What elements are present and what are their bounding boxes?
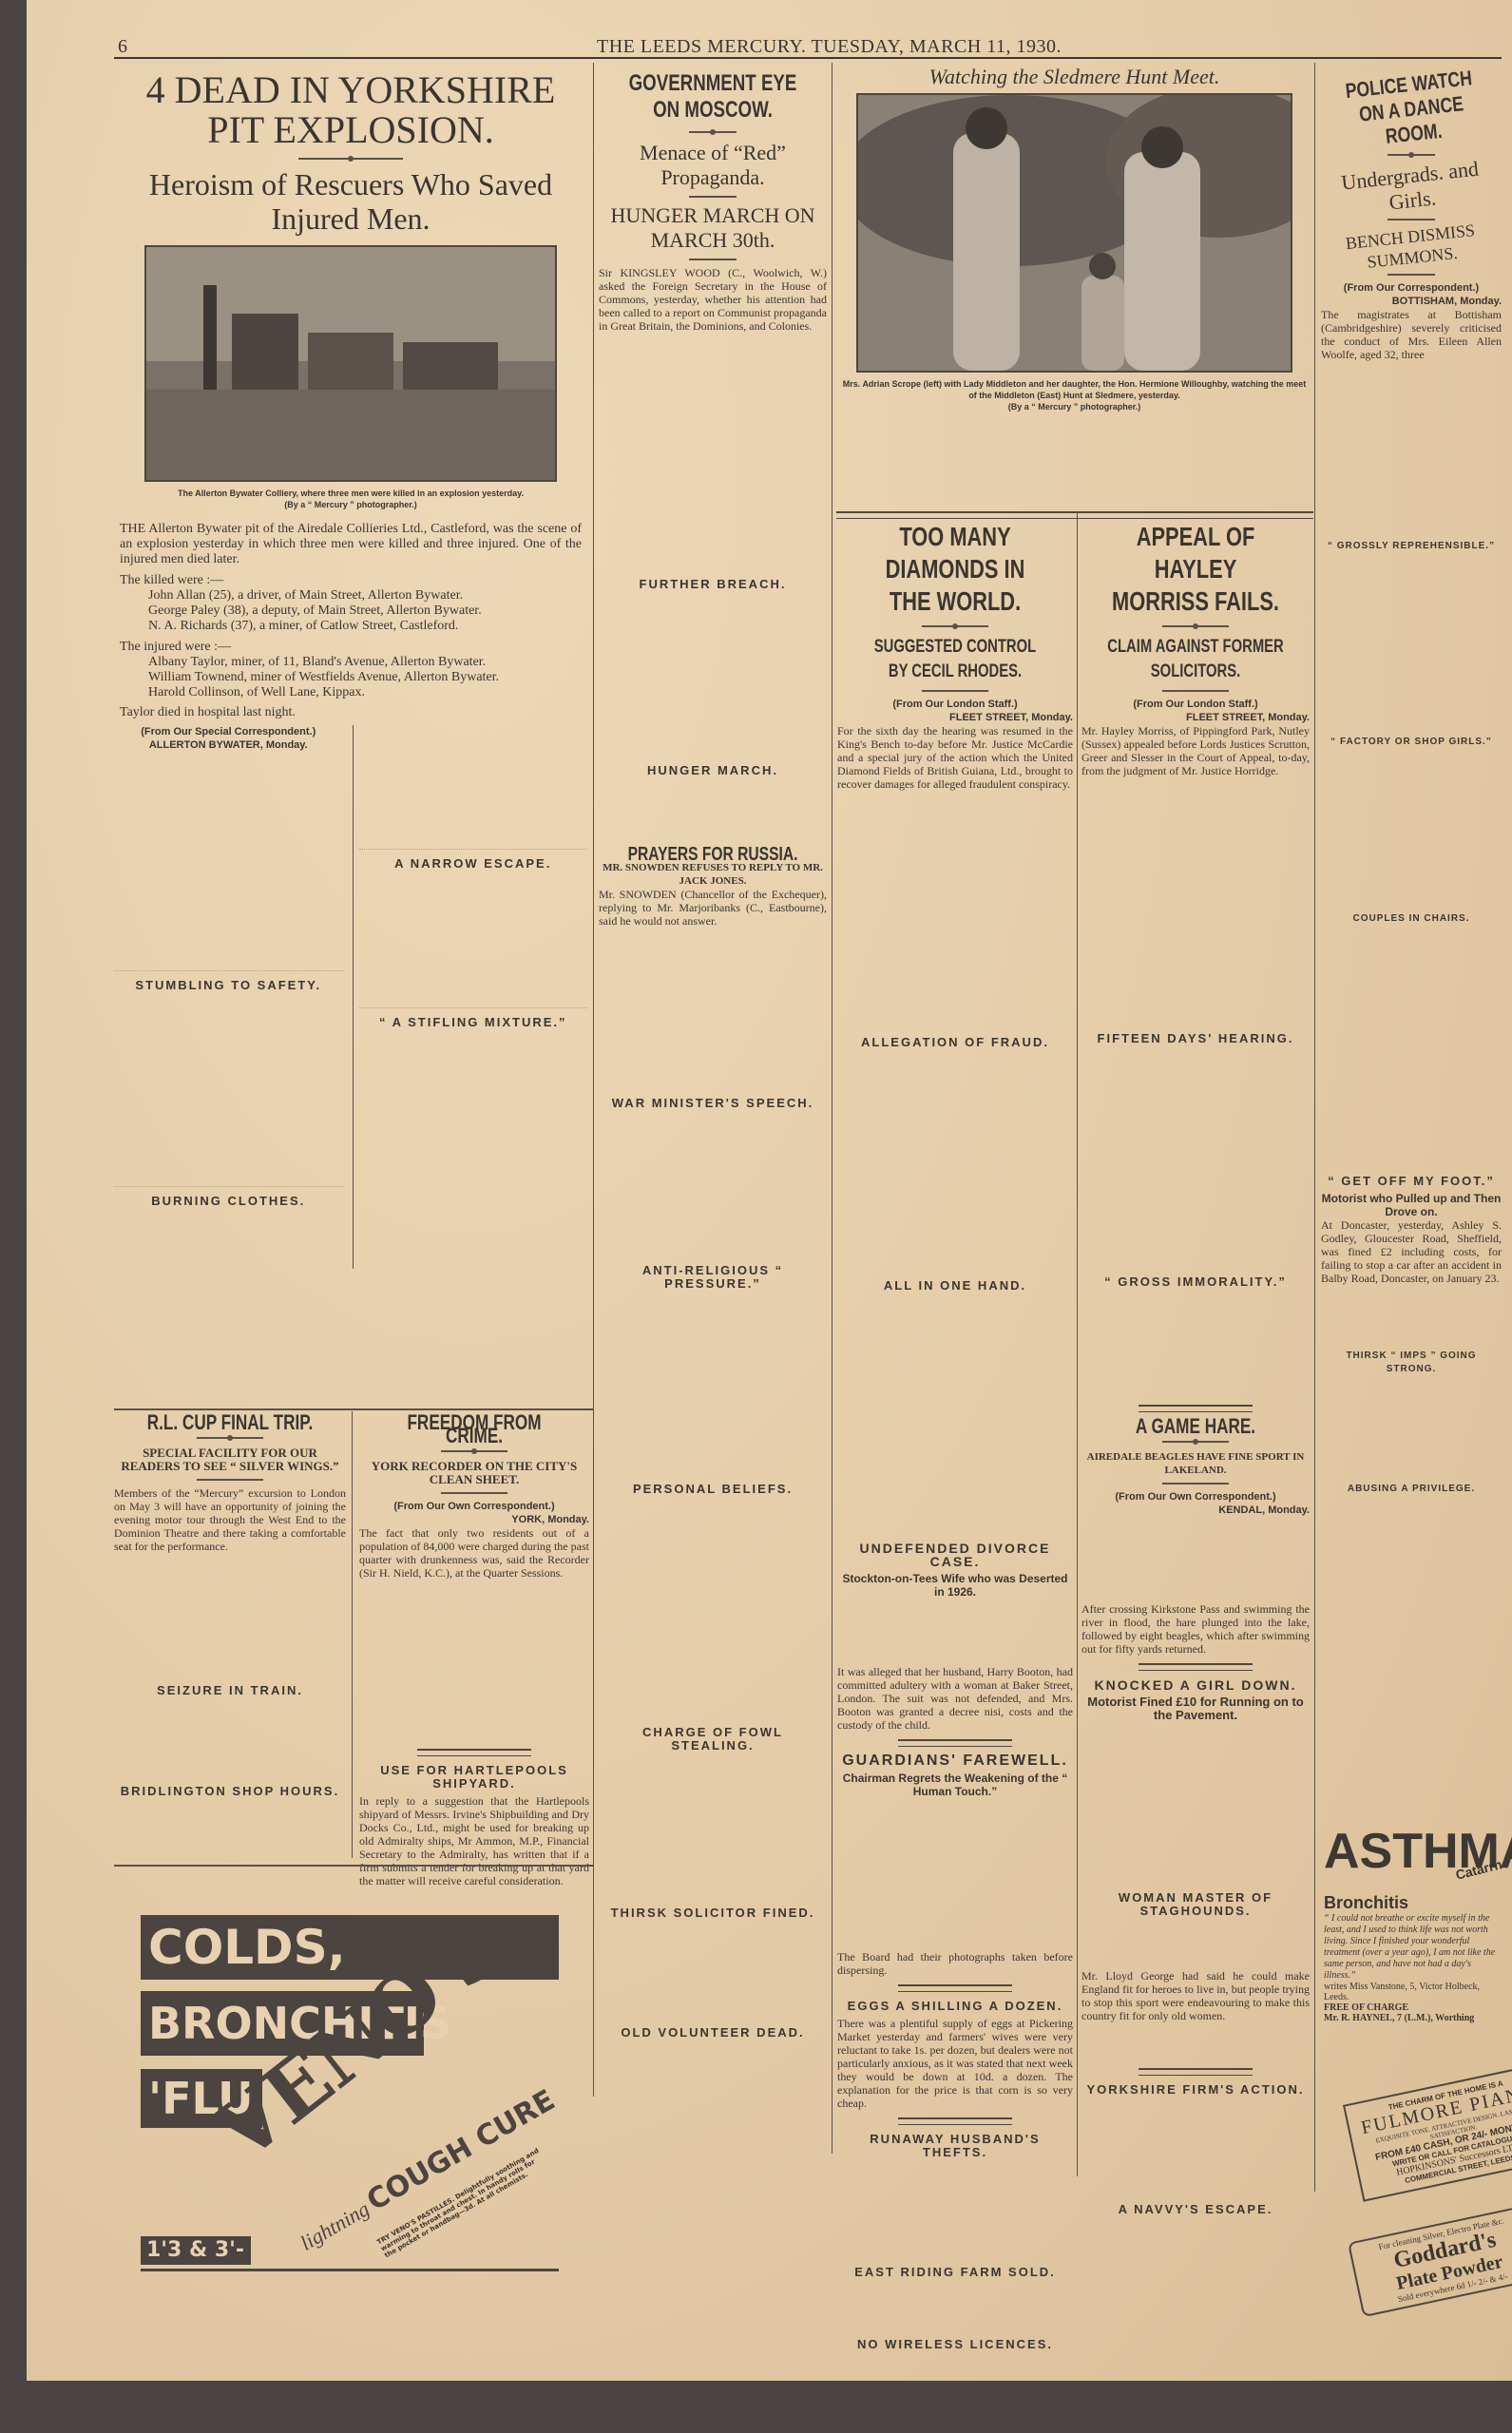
section-heading: WAR MINISTER'S SPEECH. bbox=[599, 1097, 827, 1110]
body-text: The magistrates at Bottisham (Cambridges… bbox=[1321, 308, 1502, 361]
section-heading: OLD VOLUNTEER DEAD. bbox=[599, 2026, 827, 2040]
body-text: The fact that only two residents out of … bbox=[359, 1526, 589, 1580]
dateline: FLEET STREET, Monday. bbox=[837, 711, 1073, 724]
subheadline: AIREDALE BEAGLES HAVE FINE SPORT IN LAKE… bbox=[1081, 1450, 1310, 1477]
section-heading: HUNGER MARCH. bbox=[599, 764, 827, 777]
body-text: At Doncaster, yesterday, Ashley S. Godle… bbox=[1321, 1218, 1502, 1285]
colliery-photo bbox=[144, 245, 557, 482]
body-text: After crossing Kirkstone Pass and swimmi… bbox=[1081, 1602, 1310, 1656]
headline: A GAME HARE. bbox=[1106, 1420, 1284, 1433]
column-divider bbox=[1314, 63, 1315, 2192]
headline: GUARDIANS' FAREWELL. bbox=[837, 1754, 1073, 1768]
subheadline: Menace of “Red” Propaganda. bbox=[599, 141, 827, 190]
article-diamonds: TOO MANY DIAMONDS IN THE WORLD. SUGGESTE… bbox=[837, 521, 1073, 2355]
subheadline: CLAIM AGAINST FORMER SOLICITORS. bbox=[1106, 635, 1284, 684]
goddards-advertisement: For cleaning Silver, Electro Plate &c. G… bbox=[1348, 2204, 1512, 2317]
ad-offer: FREE OF CHARGE bbox=[1324, 2002, 1504, 2013]
hunt-photo bbox=[856, 93, 1292, 373]
body-text: Mr. Hayley Morriss, of Pippingford Park,… bbox=[1081, 724, 1310, 777]
section-heading: “ GROSS IMMORALITY.” bbox=[1081, 1275, 1310, 1289]
section-heading: “ FACTORY OR SHOP GIRLS.” bbox=[1321, 736, 1502, 749]
correspondent: (From Our Correspondent.) bbox=[1321, 281, 1502, 295]
correspondent: (From Our London Staff.) bbox=[837, 698, 1073, 711]
killed-label: The killed were :— bbox=[120, 573, 582, 588]
section-heading: “ GROSSLY REPREHENSIBLE.” bbox=[1321, 540, 1502, 553]
section-heading: THIRSK SOLICITOR FINED. bbox=[599, 1906, 827, 1920]
injured-label: The injured were :— bbox=[120, 640, 582, 655]
article-rl-cup: R.L. CUP FINAL TRIP. SPECIAL FACILITY FO… bbox=[114, 1416, 346, 1859]
section-heading: BRIDLINGTON SHOP HOURS. bbox=[114, 1785, 346, 1798]
newspaper-page: 6 THE LEEDS MERCURY. TUESDAY, MARCH 11, … bbox=[27, 0, 1512, 2381]
headline: WOMAN MASTER OF STAGHOUNDS. bbox=[1081, 1891, 1310, 1918]
headline: 4 DEAD IN YORKSHIRE PIT EXPLOSION. bbox=[114, 70, 587, 150]
ad-tag-script: lightning bbox=[297, 2196, 373, 2254]
photo-credit: (By a “ Mercury ” photographer.) bbox=[114, 499, 587, 510]
headline: A NAVVY'S ESCAPE. bbox=[1081, 2203, 1310, 2216]
section-heading: FIFTEEN DAYS' HEARING. bbox=[1081, 1032, 1310, 1045]
dateline: FLEET STREET, Monday. bbox=[1081, 711, 1310, 724]
section-rule bbox=[836, 511, 1313, 519]
body-text: There was a plentiful supply of eggs at … bbox=[837, 2017, 1073, 2110]
subheadline: Motorist who Pulled up and Then Drove on… bbox=[1321, 1192, 1502, 1218]
subheadline: SPECIAL FACILITY FOR OUR READERS TO SEE … bbox=[114, 1446, 346, 1473]
column-divider bbox=[352, 1411, 353, 1858]
headline: GOVERNMENT EYE ON MOSCOW. bbox=[623, 70, 801, 124]
section-heading: FURTHER BREACH. bbox=[599, 578, 827, 591]
venos-advertisement: COLDS, COUGHS BRONCHITIS 'FLU VENO'S lig… bbox=[141, 1915, 559, 2281]
body-text: For the sixth day the hearing was resume… bbox=[837, 724, 1073, 791]
body-text: Sir KINGSLEY WOOD (C., Woolwich, W.) ask… bbox=[599, 266, 827, 333]
article-pit-explosion: 4 DEAD IN YORKSHIRE PIT EXPLOSION. Heroi… bbox=[114, 63, 587, 1269]
injured-item: Harold Collinson, of Well Lane, Kippax. bbox=[120, 685, 582, 700]
dateline: ALLERTON BYWATER, Monday. bbox=[114, 738, 343, 752]
correspondent: (From Our London Staff.) bbox=[1081, 698, 1310, 711]
headline: RUNAWAY HUSBAND'S THEFTS. bbox=[837, 2133, 1073, 2159]
body-text: The Board had their photographs taken be… bbox=[837, 1950, 1073, 1977]
body-text: Members of the “Mercury” excursion to Lo… bbox=[114, 1486, 346, 1553]
piano-advertisement: THE CHARM OF THE HOME IS A FULMORE PIANO… bbox=[1343, 2062, 1512, 2202]
subheadline: BENCH DISMISS SUMMONS. bbox=[1319, 217, 1503, 278]
headline: NO WIRELESS LICENCES. bbox=[837, 2338, 1073, 2351]
ad-price: 1'3 & 3'- bbox=[141, 2236, 251, 2265]
body-text: Mr. SNOWDEN (Chancellor of the Exchequer… bbox=[599, 888, 827, 928]
section-heading: COUPLES IN CHAIRS. bbox=[1321, 912, 1502, 926]
masthead-rule bbox=[114, 57, 1502, 59]
headline: FREEDOM FROM CRIME. bbox=[385, 1416, 565, 1443]
section-heading: USE FOR HARTLEPOOLS SHIPYARD. bbox=[359, 1764, 589, 1791]
subheadline: MR. SNOWDEN REFUSES TO REPLY TO MR. JACK… bbox=[599, 861, 827, 888]
section-heading: BURNING CLOTHES. bbox=[114, 1195, 343, 1208]
headline: PRAYERS FOR RUSSIA. bbox=[623, 848, 801, 861]
subheadline: YORK RECORDER ON THE CITY'S CLEAN SHEET. bbox=[359, 1460, 589, 1486]
headline: POLICE WATCH ON A DANCE ROOM. bbox=[1335, 65, 1486, 153]
column-divider bbox=[593, 63, 594, 2097]
article-freedom-from-crime: FREEDOM FROM CRIME. YORK RECORDER ON THE… bbox=[359, 1416, 589, 1887]
section-heading: ALLEGATION OF FRAUD. bbox=[837, 1036, 1073, 1049]
section-heading: ALL IN ONE HAND. bbox=[837, 1279, 1073, 1293]
photo-title: Watching the Sledmere Hunt Meet. bbox=[839, 70, 1310, 84]
colliery-illustration bbox=[146, 247, 555, 480]
lead-paragraph: THE Allerton Bywater pit of the Airedale… bbox=[120, 522, 582, 567]
subheadline: Heroism of Rescuers Who Saved Injured Me… bbox=[114, 167, 587, 236]
subheadline: Stockton-on-Tees Wife who was Deserted i… bbox=[837, 1572, 1073, 1599]
section-heading: STUMBLING TO SAFETY. bbox=[114, 979, 343, 992]
section-heading: CHARGE OF FOWL STEALING. bbox=[599, 1726, 827, 1753]
section-heading: PERSONAL BELIEFS. bbox=[599, 1483, 827, 1496]
section-heading: ABUSING A PRIVILEGE. bbox=[1321, 1483, 1502, 1496]
killed-item: George Paley (38), a deputy, of Main Str… bbox=[120, 603, 582, 619]
killed-item: N. A. Richards (37), a miner, of Catlow … bbox=[120, 619, 582, 634]
ad-quote: “ I could not breathe or excite myself i… bbox=[1324, 1913, 1504, 1982]
article-government-moscow: GOVERNMENT EYE ON MOSCOW. Menace of “Red… bbox=[599, 63, 827, 2043]
died-note: Taylor died in hospital last night. bbox=[120, 706, 582, 719]
headline: “ GET OFF MY FOOT.” bbox=[1321, 1175, 1502, 1188]
dateline: YORK, Monday. bbox=[359, 1513, 589, 1526]
asthma-advertisement: ASTHMA Catarrh Bronchitis “ I could not … bbox=[1324, 1825, 1504, 2023]
ad-signoff: writes Miss Vanstone, 5, Victor Holbeck,… bbox=[1324, 1982, 1504, 2002]
section-heading: ANTI-RELIGIOUS “ PRESSURE.” bbox=[599, 1264, 827, 1291]
photo-caption: Mrs. Adrian Scrope (left) with Lady Midd… bbox=[839, 378, 1310, 401]
subheadline: Undergrads. and Girls. bbox=[1319, 154, 1503, 222]
masthead: THE LEEDS MERCURY. TUESDAY, MARCH 11, 19… bbox=[597, 36, 1062, 58]
page-number: 6 bbox=[118, 36, 127, 58]
correspondent: (From Our Own Correspondent.) bbox=[1081, 1490, 1310, 1504]
headline: YORKSHIRE FIRM'S ACTION. bbox=[1081, 2083, 1310, 2097]
killed-list: The killed were :— John Allan (25), a dr… bbox=[120, 573, 582, 634]
article-police-dance-room: POLICE WATCH ON A DANCE ROOM. Undergrads… bbox=[1321, 63, 1502, 1500]
photo-credit: (By a “ Mercury ” photographer.) bbox=[839, 401, 1310, 412]
headline: EAST RIDING FARM SOLD. bbox=[837, 2266, 1073, 2279]
section-heading: THIRSK “ IMPS ” GOING STRONG. bbox=[1321, 1350, 1502, 1376]
divider bbox=[298, 158, 403, 160]
headline: R.L. CUP FINAL TRIP. bbox=[140, 1416, 320, 1429]
subheadline: Chairman Regrets the Weakening of the “ … bbox=[837, 1772, 1073, 1798]
headline: APPEAL OF HAYLEY MORRISS FAILS. bbox=[1106, 521, 1284, 618]
subheadline: HUNGER MARCH ON MARCH 30th. bbox=[599, 203, 827, 253]
section-heading: A NARROW ESCAPE. bbox=[359, 857, 588, 871]
headline: TOO MANY DIAMONDS IN THE WORLD. bbox=[863, 521, 1046, 618]
photo-caption: The Allerton Bywater Colliery, where thr… bbox=[114, 488, 587, 499]
dateline: KENDAL, Monday. bbox=[1081, 1504, 1310, 1517]
column-divider bbox=[1077, 513, 1078, 2176]
headline: EGGS A SHILLING A DOZEN. bbox=[837, 2000, 1073, 2013]
body-text: Mr. Lloyd George had said he could make … bbox=[1081, 1969, 1310, 2022]
injured-item: Albany Taylor, miner, of 11, Bland's Ave… bbox=[120, 655, 582, 670]
correspondent: (From Our Own Correspondent.) bbox=[359, 1500, 589, 1513]
body-text: It was alleged that her husband, Harry B… bbox=[837, 1665, 1073, 1732]
correspondent: (From Our Special Correspondent.) bbox=[114, 725, 343, 738]
injured-item: William Townend, miner of Westfields Ave… bbox=[120, 670, 582, 685]
headline: UNDEFENDED DIVORCE CASE. bbox=[837, 1542, 1073, 1568]
section-heading: SEIZURE IN TRAIN. bbox=[114, 1684, 346, 1697]
section-heading: “ A STIFLING MIXTURE.” bbox=[359, 1016, 588, 1029]
article-hayley-morriss: APPEAL OF HAYLEY MORRISS FAILS. CLAIM AG… bbox=[1081, 521, 1310, 2220]
headline: KNOCKED A GIRL DOWN. bbox=[1081, 1678, 1310, 1692]
hunt-photo-feature: Watching the Sledmere Hunt Meet. Mrs. Ad… bbox=[839, 63, 1310, 412]
hunt-illustration bbox=[858, 95, 1291, 371]
subheadline: SUGGESTED CONTROL BY CECIL RHODES. bbox=[863, 635, 1046, 684]
killed-item: John Allan (25), a driver, of Main Stree… bbox=[120, 588, 582, 603]
subheadline: Motorist Fined £10 for Running on to the… bbox=[1081, 1695, 1310, 1722]
injured-list: The injured were :— Albany Taylor, miner… bbox=[120, 640, 582, 700]
column-divider bbox=[832, 63, 833, 2154]
ad-address: Mr. R. HAYNEL, 7 (L.M.), Worthing bbox=[1324, 2013, 1504, 2023]
dateline: BOTTISHAM, Monday. bbox=[1321, 295, 1502, 308]
